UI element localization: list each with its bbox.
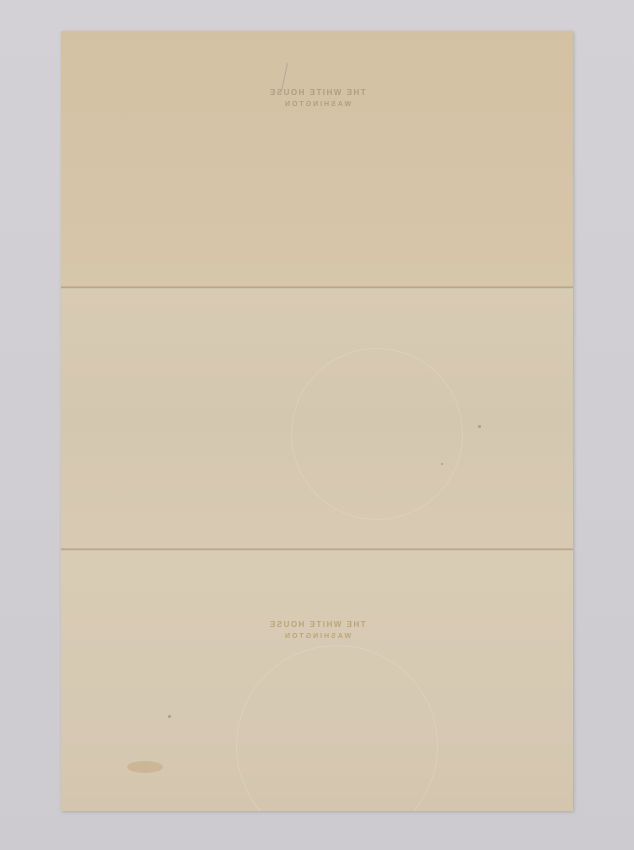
top-panel: THE WHITE HOUSE WASHINGTON: [61, 31, 573, 288]
paper-spot: [441, 463, 443, 465]
middle-panel: [61, 288, 573, 550]
fold-crease-lower: [61, 548, 573, 551]
paper-spot: [168, 715, 171, 718]
letterhead-city: WASHINGTON: [61, 99, 573, 111]
fold-crease-upper: [61, 286, 573, 289]
letterhead-title: THE WHITE HOUSE: [61, 87, 573, 99]
letterhead-city: WASHINGTON: [61, 631, 573, 643]
watermark-ghost: [291, 348, 463, 520]
letterhead-top: THE WHITE HOUSE WASHINGTON: [61, 87, 573, 111]
watermark-ghost: [236, 645, 438, 811]
letterhead-bottom: THE WHITE HOUSE WASHINGTON: [61, 619, 573, 643]
letterhead-title: THE WHITE HOUSE: [61, 619, 573, 631]
paper-spot: [478, 425, 481, 428]
paper-stain: [127, 761, 163, 773]
letter-sheet: THE WHITE HOUSE WASHINGTON THE WHITE HOU…: [61, 31, 573, 811]
